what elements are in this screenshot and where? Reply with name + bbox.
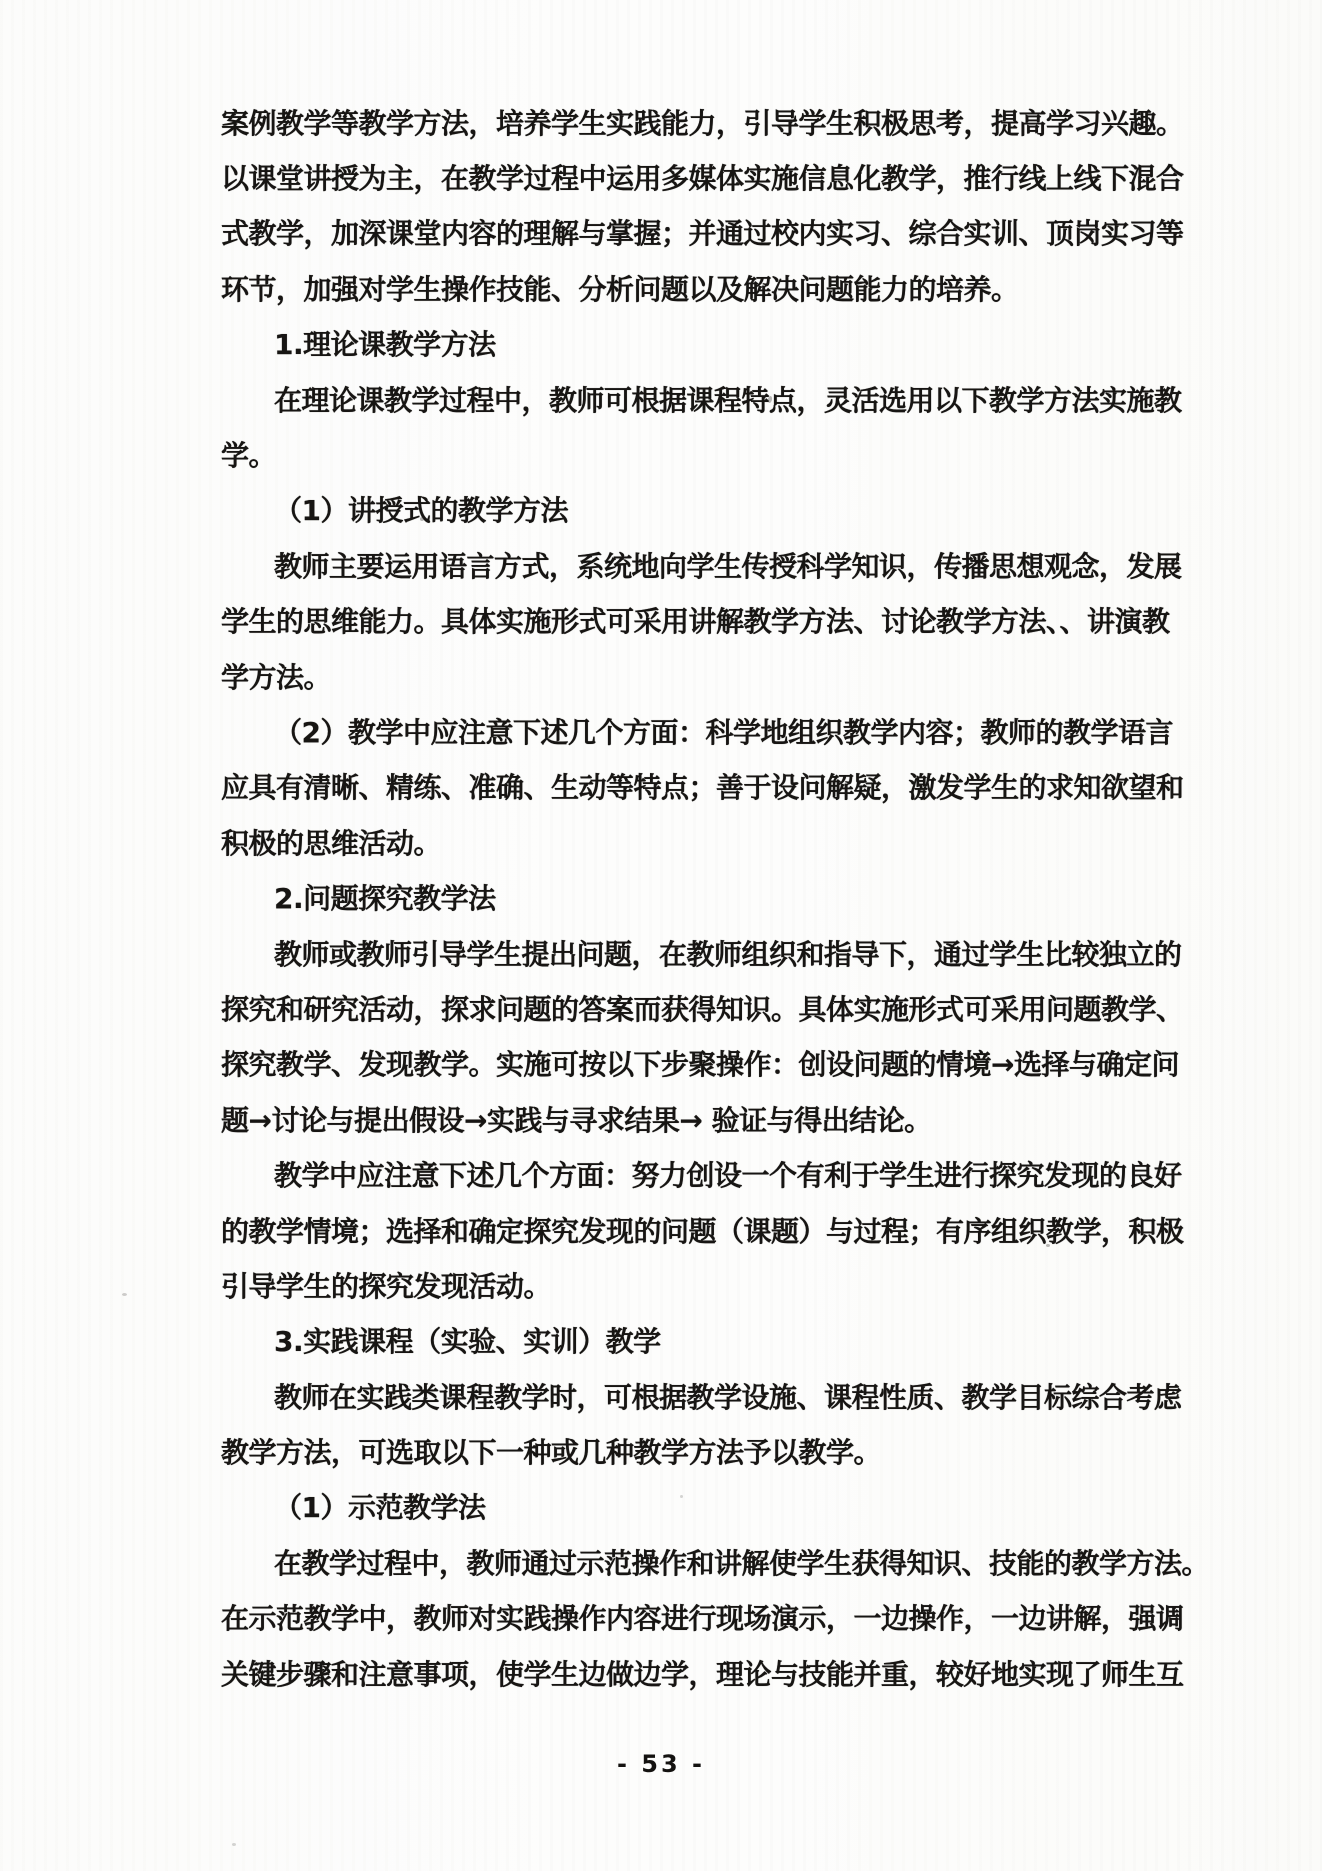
text-line: 案例教学等教学方法，培养学生实践能力，引导学生积极思考，提高学习兴趣。 [221, 94, 1161, 149]
text-line: 学方法。 [221, 648, 1161, 703]
scan-speck [357, 1127, 361, 1131]
document-body: 案例教学等教学方法，培养学生实践能力，引导学生积极思考，提高学习兴趣。 以课堂讲… [221, 94, 1161, 1700]
section-heading: 2.问题探究教学法 [221, 869, 1161, 924]
text-line: 在教学过程中，教师通过示范操作和讲解使学生获得知识、技能的教学方法。 [221, 1534, 1161, 1589]
text-line: 以课堂讲授为主，在教学过程中运用多媒体实施信息化教学，推行线上线下混合 [221, 149, 1161, 204]
text-line: 积极的思维活动。 [221, 814, 1161, 869]
text-line: 教师主要运用语言方式，系统地向学生传授科学知识，传播思想观念，发展 [221, 537, 1161, 592]
scanned-document-page: 案例教学等教学方法，培养学生实践能力，引导学生积极思考，提高学习兴趣。 以课堂讲… [0, 0, 1322, 1871]
text-line: 引导学生的探究发现活动。 [221, 1257, 1161, 1312]
scan-speck [232, 1843, 236, 1846]
text-line: 教学中应注意下述几个方面：努力创设一个有利于学生进行探究发现的良好 [221, 1146, 1161, 1201]
scan-speck [420, 517, 424, 521]
text-line: 的教学情境；选择和确定探究发现的问题（课题）与过程；有序组织教学，积极 [221, 1202, 1161, 1257]
text-line: 题→讨论与提出假设→实践与寻求结果→ 验证与得出结论。 [221, 1091, 1161, 1146]
text-line: 在理论课教学过程中，教师可根据课程特点，灵活选用以下教学方法实施教 [221, 371, 1161, 426]
text-line: 应具有清晰、精练、准确、生动等特点；善于设问解疑，激发学生的求知欲望和 [221, 759, 1161, 814]
scan-speck [122, 1293, 127, 1296]
text-line: 学。 [221, 426, 1161, 481]
sub-heading: （1）示范教学法 [221, 1479, 1161, 1534]
section-heading: 1.理论课教学方法 [221, 316, 1161, 371]
text-line: 式教学，加深课堂内容的理解与掌握；并通过校内实习、综合实训、顶岗实习等 [221, 205, 1161, 260]
text-line: 教师在实践类课程教学时，可根据教学设施、课程性质、教学目标综合考虑 [221, 1368, 1161, 1423]
section-heading: 3.实践课程（实验、实训）教学 [221, 1313, 1161, 1368]
text-line: 探究和研究活动，探求问题的答案而获得知识。具体实施形式可采用问题教学、 [221, 980, 1161, 1035]
text-line: 探究教学、发现教学。实施可按以下步聚操作：创设问题的情境→选择与确定问 [221, 1036, 1161, 1091]
text-line: 教师或教师引导学生提出问题，在教师组织和指导下，通过学生比较独立的 [221, 925, 1161, 980]
text-line: 教学方法，可选取以下一种或几种教学方法予以教学。 [221, 1423, 1161, 1478]
text-line: 关键步骤和注意事项，使学生边做边学，理论与技能并重，较好地实现了师生互 [221, 1645, 1161, 1700]
page-number: - 53 - [0, 1750, 1322, 1778]
text-line: 环节，加强对学生操作技能、分析问题以及解决问题能力的培养。 [221, 260, 1161, 315]
sub-heading: （2）教学中应注意下述几个方面：科学地组织教学内容；教师的教学语言 [221, 703, 1161, 758]
scan-speck [1046, 1244, 1050, 1247]
text-line: 学生的思维能力。具体实施形式可采用讲解教学方法、讨论教学方法、、讲演教 [221, 593, 1161, 648]
text-line: 在示范教学中，教师对实践操作内容进行现场演示，一边操作，一边讲解，强调 [221, 1590, 1161, 1645]
sub-heading: （1）讲授式的教学方法 [221, 482, 1161, 537]
scan-speck [680, 1495, 683, 1498]
